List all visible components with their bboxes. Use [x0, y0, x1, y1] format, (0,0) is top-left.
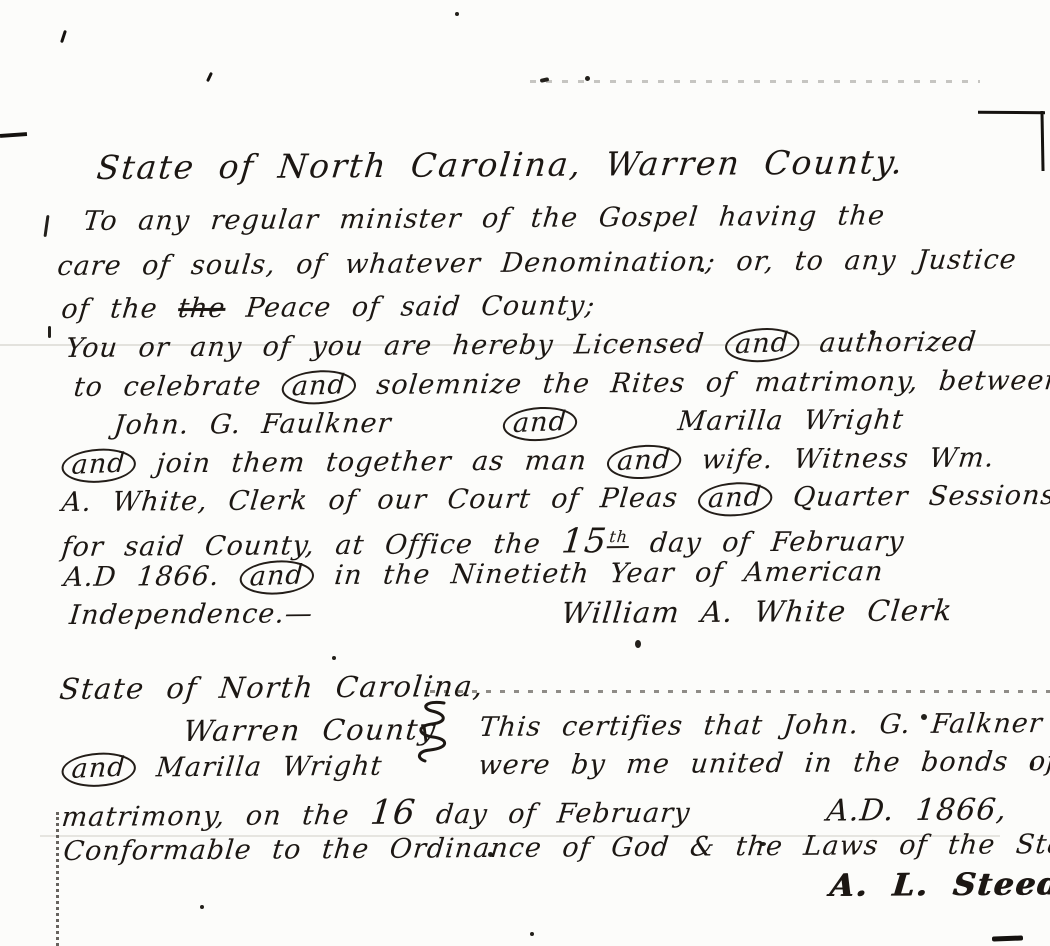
clerk-signature: William A. White Clerk: [560, 593, 954, 630]
license-line-8: A. White, Clerk of our Court of Pleas an…: [60, 480, 1050, 521]
certificate-county: Warren County: [182, 712, 438, 748]
license-line-10: A.D 1866. and in the Ninetieth Year of A…: [62, 556, 885, 596]
struck-out-word: the: [177, 293, 227, 324]
license-line-5: to celebrate and solemnize the Rites of …: [72, 365, 1050, 406]
certificate-bride-name: Marilla Wright: [155, 751, 384, 784]
ink-speck: [455, 12, 459, 16]
groom-name: John. G. Faulkner: [112, 408, 393, 441]
license-heading: State of North Carolina, Warren County.: [95, 142, 906, 187]
license-line-4-post: authorized: [818, 327, 978, 359]
license-line-9-pre: for said County, at Office the: [60, 529, 542, 563]
jp-signature: A. L. Steed J. P.: [828, 866, 1050, 904]
license-line-10-post: in the Ninetieth Year of American: [333, 556, 885, 591]
license-line-11: Independence.—: [68, 598, 315, 631]
license-line-9-post: day of February: [649, 526, 906, 559]
ink-speck: [48, 326, 51, 338]
license-line-4-pre: You or any of you are hereby Licensed: [64, 329, 706, 364]
ink-speck: [585, 76, 590, 81]
license-line-1: To any regular minister of the Gospel ha…: [82, 200, 887, 237]
ink-speck: [540, 77, 550, 83]
certificate-line-3-post: day of February: [435, 798, 692, 831]
scan-streak: [430, 690, 1050, 693]
ink-speck: [635, 640, 641, 648]
ink-tick-mark: [60, 30, 67, 43]
ink-speck: [43, 215, 49, 237]
certificate-line-4: Conformable to the Ordinance of God & th…: [62, 829, 1050, 867]
circled-and-word: and: [697, 481, 773, 518]
left-edge-dash-mark: [0, 132, 27, 138]
circled-and-word: and: [60, 751, 136, 788]
ink-speck: [200, 905, 204, 909]
license-line-5-post: solemnize the Rites of matrimony, betwee…: [375, 365, 1050, 401]
license-line-7-a: join them together as man: [155, 445, 589, 479]
license-line-5-pre: to celebrate: [72, 371, 263, 403]
circled-and-word: and: [724, 327, 800, 364]
license-line-3-post: Peace of said County;: [245, 290, 597, 323]
circled-and-word: and: [606, 443, 682, 480]
certificate-day-number: 16: [368, 793, 417, 833]
license-line-3: of the the Peace of said County;: [60, 290, 597, 325]
ink-speck: [332, 656, 336, 660]
certificate-line-3: matrimony, on the 16 day of February A.D…: [60, 788, 1009, 835]
certificate-line-3-pre: matrimony, on the: [60, 800, 351, 833]
page-corner-mark-vertical: [1040, 111, 1044, 171]
certificate-line-1: This certifies that John. G. Falkner: [478, 708, 1044, 743]
scan-streak: [530, 80, 980, 83]
scanned-document: State of North Carolina, Warren County. …: [0, 0, 1050, 946]
circled-and-word: and: [239, 559, 315, 596]
certificate-year: A.D. 1866,: [825, 792, 1009, 828]
day-ordinal-suffix: th: [606, 527, 631, 548]
ink-speck: [530, 932, 534, 936]
circled-and-word: and: [60, 447, 136, 484]
license-line-3-pre: of the: [60, 293, 159, 325]
license-line-7: and join them together as man and wife. …: [60, 442, 996, 483]
circled-and-word: and: [281, 369, 357, 406]
page-corner-mark-horizontal: [978, 111, 1045, 115]
license-line-8-pre: A. White, Clerk of our Court of Pleas: [60, 483, 679, 518]
license-line-10-pre: A.D 1866.: [62, 561, 221, 593]
certificate-line-2-text: were by me united in the bonds of: [477, 746, 1050, 781]
license-names-line: John. G. Faulkner and Marilla Wright: [112, 404, 905, 444]
bride-name: Marilla Wright: [676, 404, 905, 437]
license-line-2: care of souls, of whatever Denomination;…: [56, 244, 1018, 282]
page-edge-dotted-line: [56, 812, 59, 946]
bottom-right-dash-mark: [992, 935, 1023, 941]
ink-tick-mark: [206, 72, 213, 82]
license-line-4: You or any of you are hereby Licensed an…: [64, 327, 978, 368]
certificate-line-2: and Marilla Wright were by me united in …: [60, 746, 1050, 787]
license-line-8-post: Quarter Sessions: [792, 480, 1050, 513]
license-day-number: 15: [560, 521, 609, 561]
circled-and-word: and: [501, 405, 577, 442]
license-line-7-b: wife. Witness Wm.: [700, 442, 995, 475]
